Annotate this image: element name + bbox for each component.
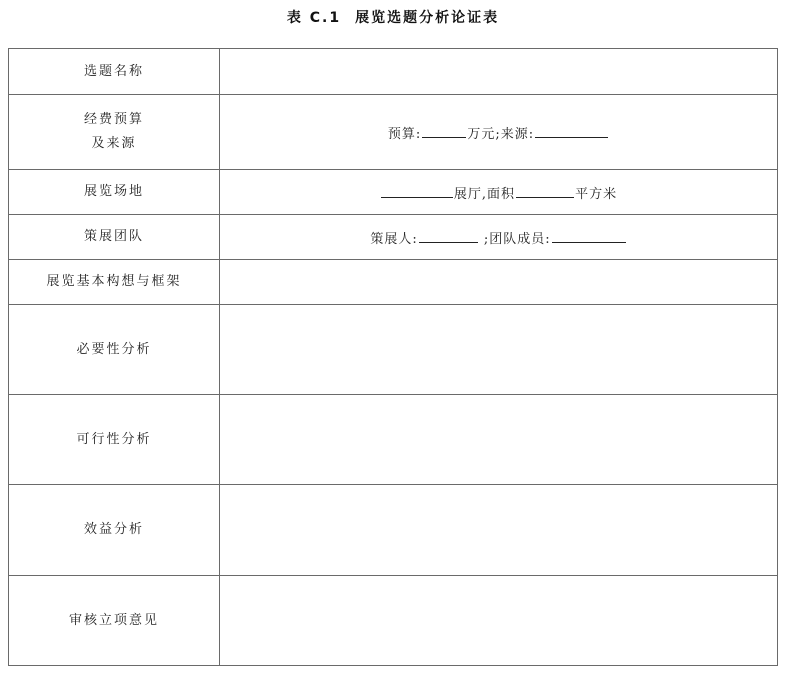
- curator-label: 策展人:: [370, 232, 417, 247]
- label-concept-framework: 展览基本构想与框架: [9, 260, 220, 305]
- area-unit: 平方米: [575, 187, 617, 202]
- table-row-topic-name: 选题名称: [9, 49, 778, 95]
- label-review-opinion: 审核立项意见: [9, 576, 220, 666]
- table-title: 展览选题分析论证表: [355, 10, 499, 26]
- label-necessity-analysis: 必要性分析: [9, 305, 220, 395]
- label-benefit-analysis: 效益分析: [9, 485, 220, 576]
- field-concept-framework[interactable]: [220, 260, 778, 305]
- team-members-blank[interactable]: [552, 228, 626, 243]
- field-benefit-analysis[interactable]: [220, 485, 778, 576]
- table-caption: 表 C.1展览选题分析论证表: [0, 8, 786, 28]
- table-row-concept-framework: 展览基本构想与框架: [9, 260, 778, 305]
- table-number: 表 C.1: [287, 10, 341, 26]
- field-budget: 预算:万元;来源:: [220, 95, 778, 170]
- curator-blank[interactable]: [419, 228, 478, 243]
- table-row-curatorial-team: 策展团队 策展人: ;团队成员:: [9, 215, 778, 260]
- field-necessity-analysis[interactable]: [220, 305, 778, 395]
- label-feasibility-analysis: 可行性分析: [9, 395, 220, 485]
- team-members-label: ;团队成员:: [479, 232, 551, 247]
- field-review-opinion[interactable]: [220, 576, 778, 666]
- budget-prefix: 预算:: [388, 127, 421, 142]
- field-topic-name[interactable]: [220, 49, 778, 95]
- table-row-review-opinion: 审核立项意见: [9, 576, 778, 666]
- topic-analysis-form-table: 选题名称 经费预算 及来源 预算:万元;来源: 展览场地 展厅,面积平方米 策展…: [8, 48, 778, 666]
- label-budget-line2: 及来源: [9, 132, 219, 156]
- table-row-feasibility-analysis: 可行性分析: [9, 395, 778, 485]
- label-budget-line1: 经费预算: [9, 108, 219, 132]
- label-venue: 展览场地: [9, 170, 220, 215]
- table-row-venue: 展览场地 展厅,面积平方米: [9, 170, 778, 215]
- hall-area-label: 展厅,面积: [454, 187, 515, 202]
- field-venue: 展厅,面积平方米: [220, 170, 778, 215]
- table-row-benefit-analysis: 效益分析: [9, 485, 778, 576]
- label-budget: 经费预算 及来源: [9, 95, 220, 170]
- label-curatorial-team: 策展团队: [9, 215, 220, 260]
- budget-unit-source-label: 万元;来源:: [467, 127, 534, 142]
- field-curatorial-team: 策展人: ;团队成员:: [220, 215, 778, 260]
- label-topic-name: 选题名称: [9, 49, 220, 95]
- table-row-necessity-analysis: 必要性分析: [9, 305, 778, 395]
- budget-amount-blank[interactable]: [422, 123, 466, 138]
- field-feasibility-analysis[interactable]: [220, 395, 778, 485]
- hall-name-blank[interactable]: [381, 183, 453, 198]
- table-row-budget: 经费预算 及来源 预算:万元;来源:: [9, 95, 778, 170]
- budget-source-blank[interactable]: [535, 123, 608, 138]
- area-value-blank[interactable]: [516, 183, 574, 198]
